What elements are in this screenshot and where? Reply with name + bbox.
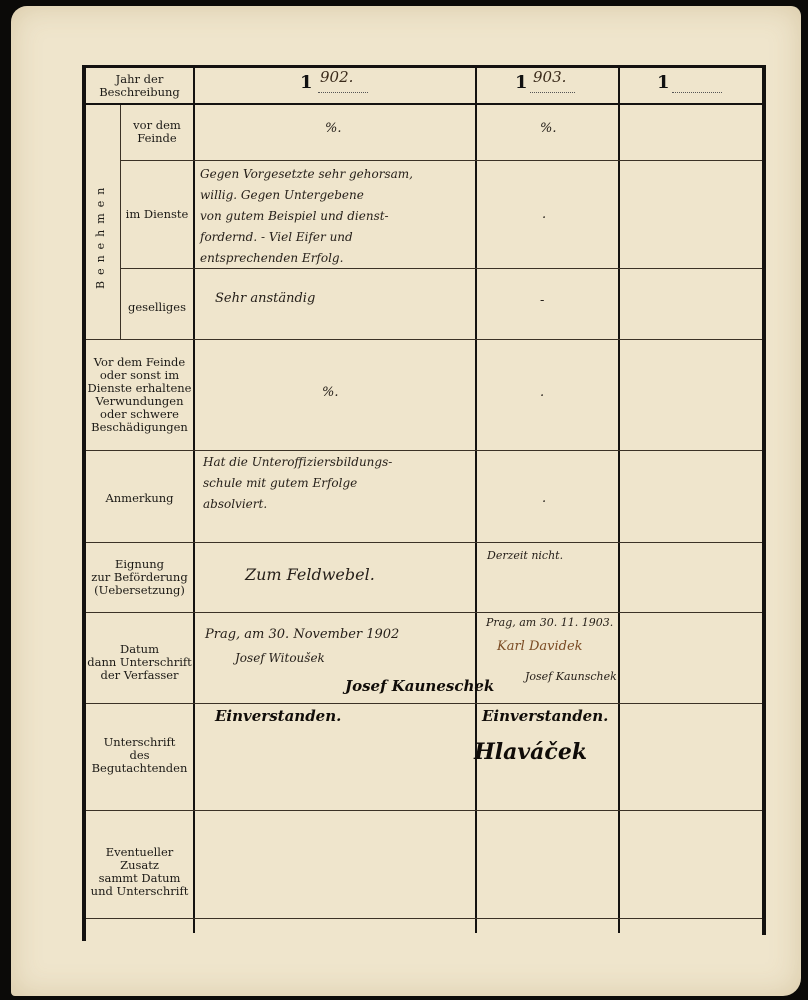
value-verwundungen-1902: %.	[322, 382, 339, 403]
row-label-zusatz: Eventueller Zusatz sammt Datum und Unter…	[86, 846, 193, 898]
row-label-eignung: Eignung zur Beförderung (Uebersetzung)	[86, 558, 193, 597]
value-datum-1902-date: Prag, am 30. November 1902	[205, 624, 399, 645]
row-line	[86, 612, 762, 613]
row-label-datum: Datum dann Unterschrift der Verfasser	[86, 643, 193, 682]
value-eignung-1902: Zum Feldwebel.	[245, 564, 375, 585]
header-divider	[86, 103, 762, 105]
row-line	[86, 703, 762, 704]
value-anmerkung-1902: Hat die Unteroffiziersbildungs- schule m…	[203, 452, 392, 515]
row-label-begutachtenden: Unterschrift des Begutachtenden	[86, 736, 193, 775]
row-label-geselliges: geselliges	[121, 301, 193, 314]
value-eignung-1903: Derzeit nicht.	[487, 545, 563, 566]
value-verwundungen-1903: .	[540, 382, 544, 403]
handwriting-line: fordernd. - Viel Eifer und	[200, 227, 413, 248]
year-fill-line	[672, 92, 722, 93]
handwriting-line: absolviert.	[203, 494, 392, 515]
year-fill-line	[530, 92, 575, 93]
group-label-benehmen: Benehmen	[94, 175, 114, 295]
label-line: Begutachtenden	[86, 762, 193, 775]
year-prefix-3: 1	[657, 72, 670, 93]
year-value-1: 902.	[320, 68, 353, 86]
table-border-top	[82, 65, 766, 68]
label-line: Beschädigungen	[86, 421, 193, 434]
label-line: der Verfasser	[86, 669, 193, 682]
row-line	[86, 339, 762, 340]
column-divider-1903	[618, 68, 620, 933]
value-begutachtenden-1903-signature: Hlaváček	[474, 742, 587, 763]
label-line: Eventueller Zusatz	[86, 846, 193, 872]
value-datum-1902-signature-1: Josef Witoušek	[235, 648, 325, 669]
value-im-dienste-1903: .	[542, 204, 546, 225]
handwriting-line: Hat die Unteroffiziersbildungs-	[203, 452, 392, 473]
label-line: Feinde	[121, 132, 193, 145]
handwriting-line: willig. Gegen Untergebene	[200, 185, 413, 206]
label-line: und Unterschrift	[86, 885, 193, 898]
row-label-im-dienste: im Dienste	[121, 208, 193, 221]
column-divider-label	[193, 68, 195, 933]
row-line	[86, 450, 762, 451]
handwriting-line: schule mit gutem Erfolge	[203, 473, 392, 494]
label-line: (Uebersetzung)	[86, 584, 193, 597]
year-value-2: 903.	[533, 68, 566, 86]
value-im-dienste-1902: Gegen Vorgesetzte sehr gehorsam, willig.…	[200, 164, 413, 269]
column-divider-1902	[475, 68, 477, 933]
year-fill-line	[318, 92, 368, 93]
row-label-verwundungen: Vor dem Feinde oder sonst im Dienste erh…	[86, 356, 193, 434]
header-label: Jahr der Beschreibung	[86, 73, 193, 99]
row-line	[121, 160, 762, 161]
row-line	[86, 918, 762, 919]
year-prefix-1: 1	[300, 72, 313, 93]
row-label-vor-dem-feinde: vor dem Feinde	[121, 119, 193, 145]
table-border-right	[762, 65, 766, 935]
value-begutachtenden-1903: Einverstanden.	[482, 706, 608, 727]
year-prefix-2: 1	[515, 72, 528, 93]
value-geselliges-1903: -	[540, 290, 544, 311]
value-datum-1903-date: Prag, am 30. 11. 1903.	[486, 612, 613, 633]
row-line	[86, 542, 762, 543]
row-label-anmerkung: Anmerkung	[86, 492, 193, 505]
value-geselliges-1902: Sehr anständig	[215, 288, 315, 309]
handwriting-line: von gutem Beispiel und dienst-	[200, 206, 413, 227]
handwriting-line: Gegen Vorgesetzte sehr gehorsam,	[200, 164, 413, 185]
value-datum-1903-signature-1: Karl Davidek	[497, 636, 583, 657]
value-vor-dem-feinde-1902: %.	[325, 118, 342, 139]
value-datum-1903-signature-2: Josef Kaunschek	[525, 666, 617, 687]
value-datum-1902-signature-2: Josef Kauneschek	[345, 676, 494, 697]
value-anmerkung-1903: .	[542, 488, 546, 509]
value-begutachtenden-1902: Einverstanden.	[215, 706, 341, 727]
value-vor-dem-feinde-1903: %.	[540, 118, 557, 139]
row-line	[86, 810, 762, 811]
handwriting-line: entsprechenden Erfolg.	[200, 248, 413, 269]
header-label-line: Beschreibung	[86, 86, 193, 99]
